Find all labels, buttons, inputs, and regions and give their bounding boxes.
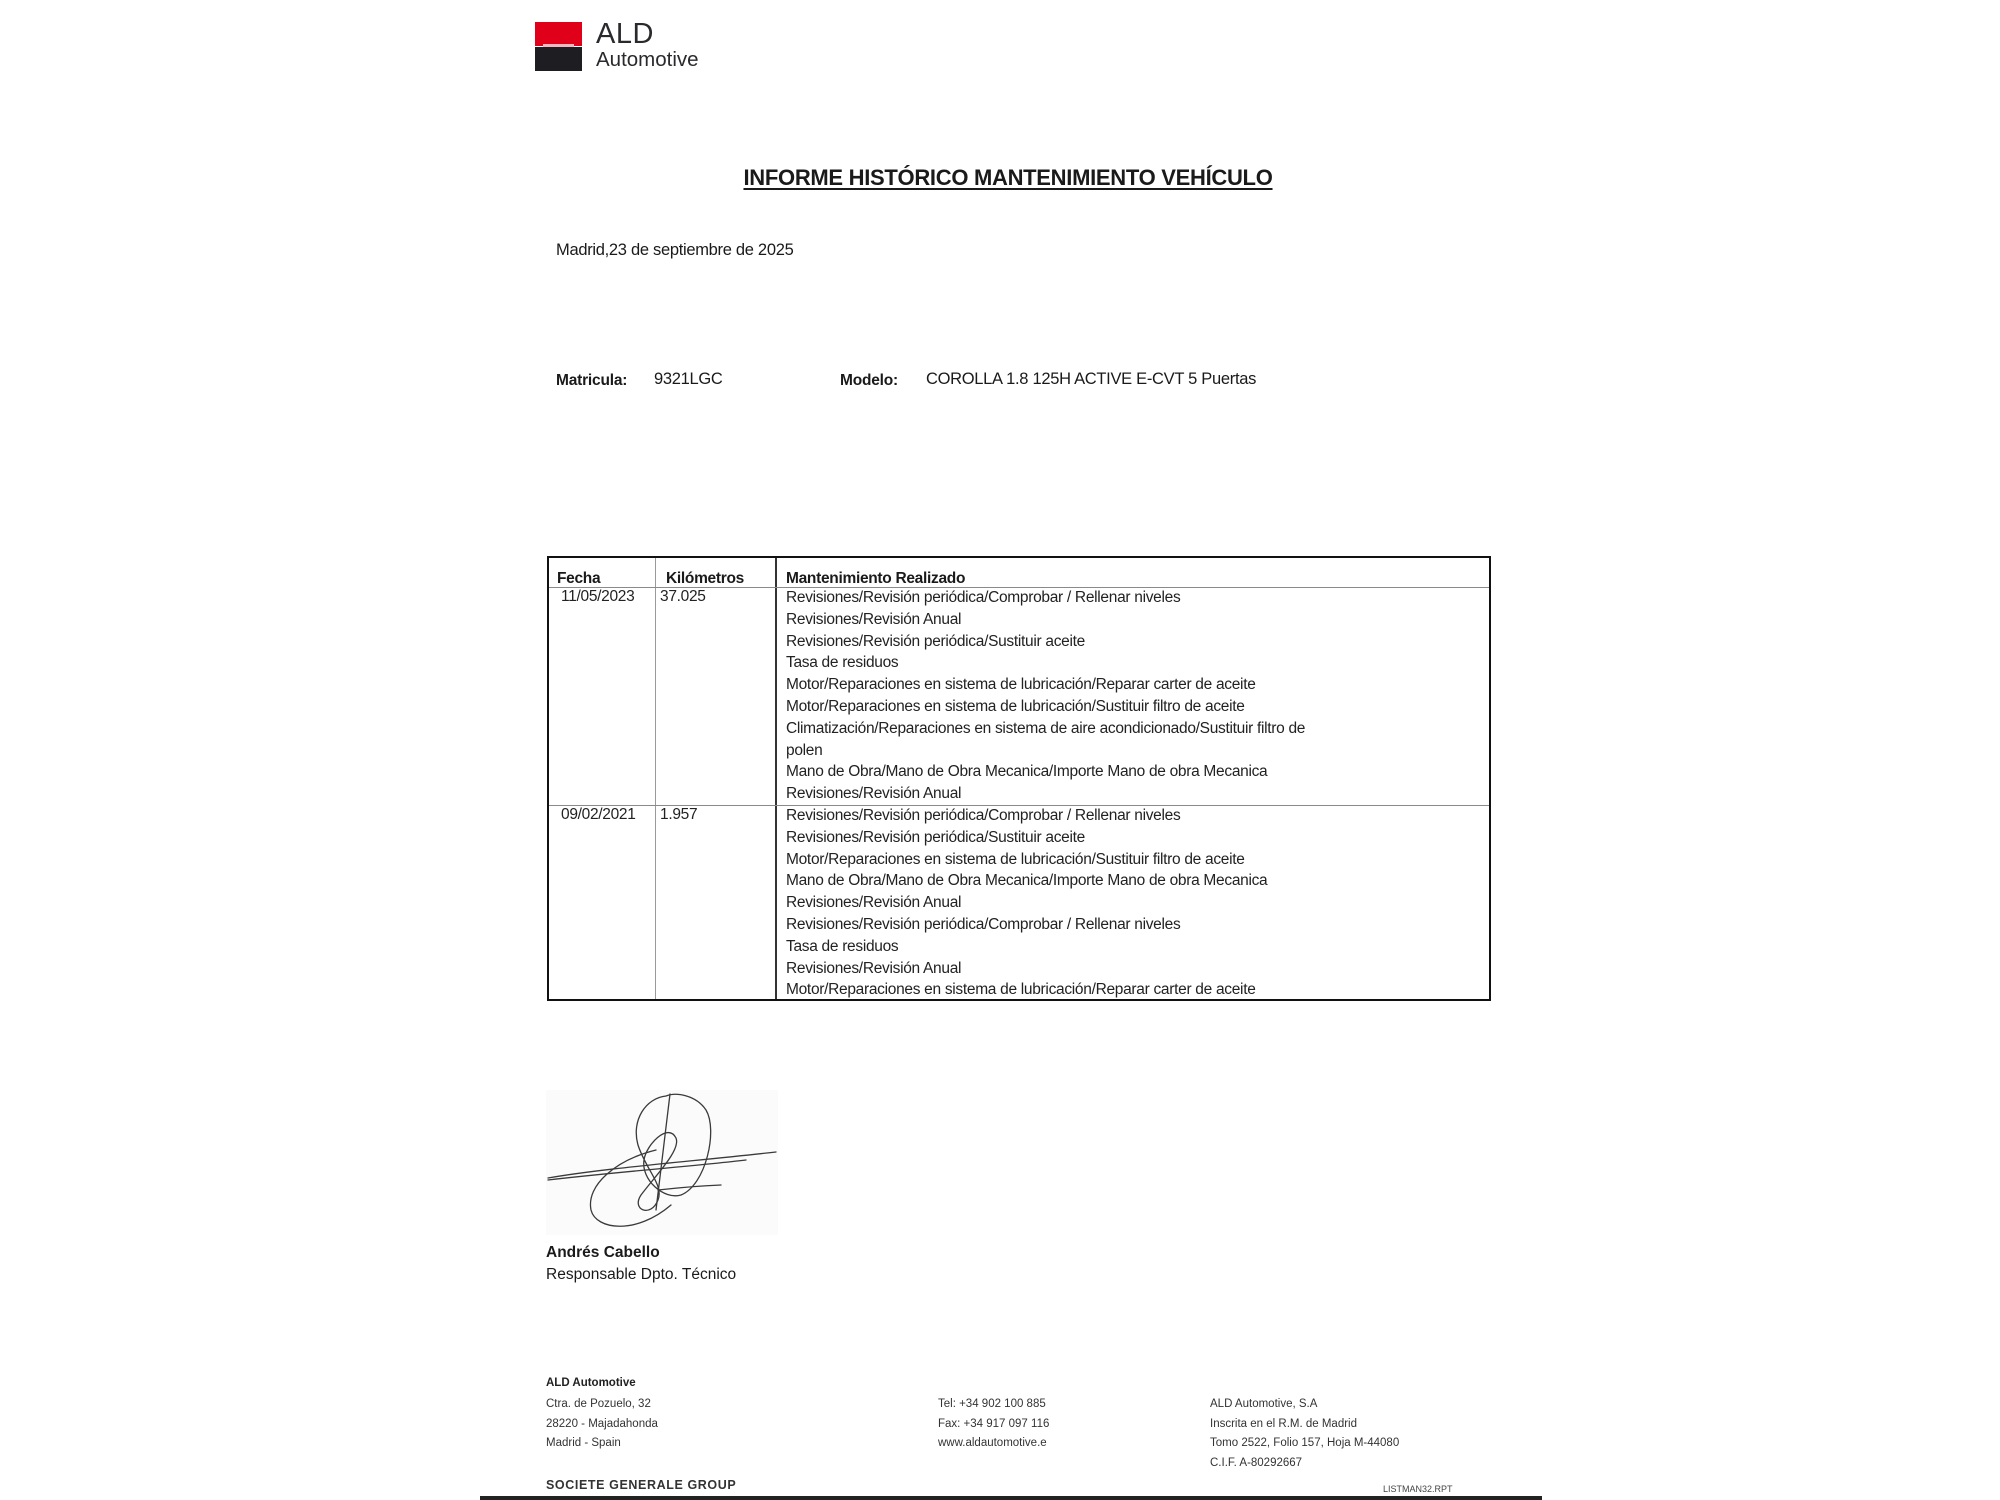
footer-legal-line: ALD Automotive, S.A: [1210, 1395, 1399, 1415]
plate-label: Matricula:: [556, 372, 627, 390]
footer-contact: Tel: +34 902 100 885 Fax: +34 917 097 11…: [938, 1395, 1049, 1454]
maintenance-item: Motor/Reparaciones en sistema de lubrica…: [786, 849, 1267, 871]
row-1-date: 11/05/2023: [561, 586, 634, 608]
footer-legal: ALD Automotive, S.A Inscrita en el R.M. …: [1210, 1395, 1399, 1473]
footer-group-name: SOCIETE GENERALE GROUP: [546, 1478, 736, 1492]
maintenance-item: Revisiones/Revisión periódica/Comprobar …: [786, 914, 1267, 936]
plate-value: 9321LGC: [654, 370, 723, 389]
footer-legal-line: Inscrita en el R.M. de Madrid: [1210, 1415, 1399, 1435]
logo-black-block: [535, 47, 582, 71]
column-divider: [655, 558, 656, 999]
footer-address-line: 28220 - Majadahonda: [546, 1415, 658, 1435]
maintenance-item: Climatización/Reparaciones en sistema de…: [786, 718, 1305, 740]
page-bottom-rule: [480, 1496, 1542, 1500]
footer-website-link[interactable]: www.aldautomotive.e: [938, 1434, 1049, 1454]
column-header-maintenance: Mantenimiento Realizado: [786, 570, 965, 588]
maintenance-item: Motor/Reparaciones en sistema de lubrica…: [786, 696, 1305, 718]
maintenance-item: Revisiones/Revisión periódica/Comprobar …: [786, 805, 1267, 827]
maintenance-item: Tasa de residuos: [786, 652, 1305, 674]
maintenance-item: Mano de Obra/Mano de Obra Mecanica/Impor…: [786, 761, 1305, 783]
logo-wordmark: ALD Automotive: [596, 20, 699, 71]
row-1-km: 37.025: [660, 586, 706, 608]
maintenance-item: Revisiones/Revisión periódica/Sustituir …: [786, 827, 1267, 849]
maintenance-item: Revisiones/Revisión Anual: [786, 609, 1305, 631]
document-title: INFORME HISTÓRICO MANTENIMIENTO VEHÍCULO: [0, 165, 2000, 191]
maintenance-item: Revisiones/Revisión periódica/Comprobar …: [786, 587, 1305, 609]
ald-logo-square-icon: [535, 22, 582, 71]
footer-legal-line: C.I.F. A-80292667: [1210, 1454, 1399, 1474]
row-2-date: 09/02/2021: [561, 804, 636, 826]
maintenance-item: Motor/Reparaciones en sistema de lubrica…: [786, 979, 1267, 1001]
row-2-items: Revisiones/Revisión periódica/Comprobar …: [786, 805, 1267, 1001]
maintenance-item: Revisiones/Revisión periódica/Sustituir …: [786, 631, 1305, 653]
footer-company: ALD Automotive: [546, 1374, 636, 1394]
maintenance-item: Revisiones/Revisión Anual: [786, 892, 1267, 914]
model-value: COROLLA 1.8 125H ACTIVE E-CVT 5 Puertas: [926, 370, 1256, 389]
footer-legal-line: Tomo 2522, Folio 157, Hoja M-44080: [1210, 1434, 1399, 1454]
logo-brand-line1: ALD: [596, 20, 699, 49]
date-line: Madrid,23 de septiembre de 2025: [556, 241, 793, 260]
model-label: Modelo:: [840, 372, 898, 390]
maintenance-item: Revisiones/Revisión Anual: [786, 783, 1305, 805]
row-2-km: 1.957: [660, 804, 697, 826]
row-1-items: Revisiones/Revisión periódica/Comprobar …: [786, 587, 1305, 805]
footer-address-line: Ctra. de Pozuelo, 32: [546, 1395, 658, 1415]
report-code: LISTMAN32.RPT: [1383, 1484, 1453, 1494]
maintenance-item: Tasa de residuos: [786, 936, 1267, 958]
footer-address-line: Madrid - Spain: [546, 1434, 658, 1454]
maintenance-item: Revisiones/Revisión Anual: [786, 958, 1267, 980]
maintenance-item: polen: [786, 740, 1305, 762]
signer-role: Responsable Dpto. Técnico: [546, 1266, 736, 1284]
footer-address: Ctra. de Pozuelo, 32 28220 - Majadahonda…: [546, 1395, 658, 1454]
maintenance-item: Motor/Reparaciones en sistema de lubrica…: [786, 674, 1305, 696]
logo-divider: [543, 44, 574, 47]
logo-red-block: [535, 22, 582, 46]
column-divider: [775, 558, 777, 999]
maintenance-item: Mano de Obra/Mano de Obra Mecanica/Impor…: [786, 870, 1267, 892]
handwritten-signature-icon: [546, 1090, 778, 1235]
signer-name: Andrés Cabello: [546, 1244, 660, 1262]
footer-fax: Fax: +34 917 097 116: [938, 1415, 1049, 1435]
footer-phone: Tel: +34 902 100 885: [938, 1395, 1049, 1415]
logo-brand-line2: Automotive: [596, 50, 699, 71]
maintenance-table: Fecha Kilómetros Mantenimiento Realizado…: [547, 556, 1491, 1001]
